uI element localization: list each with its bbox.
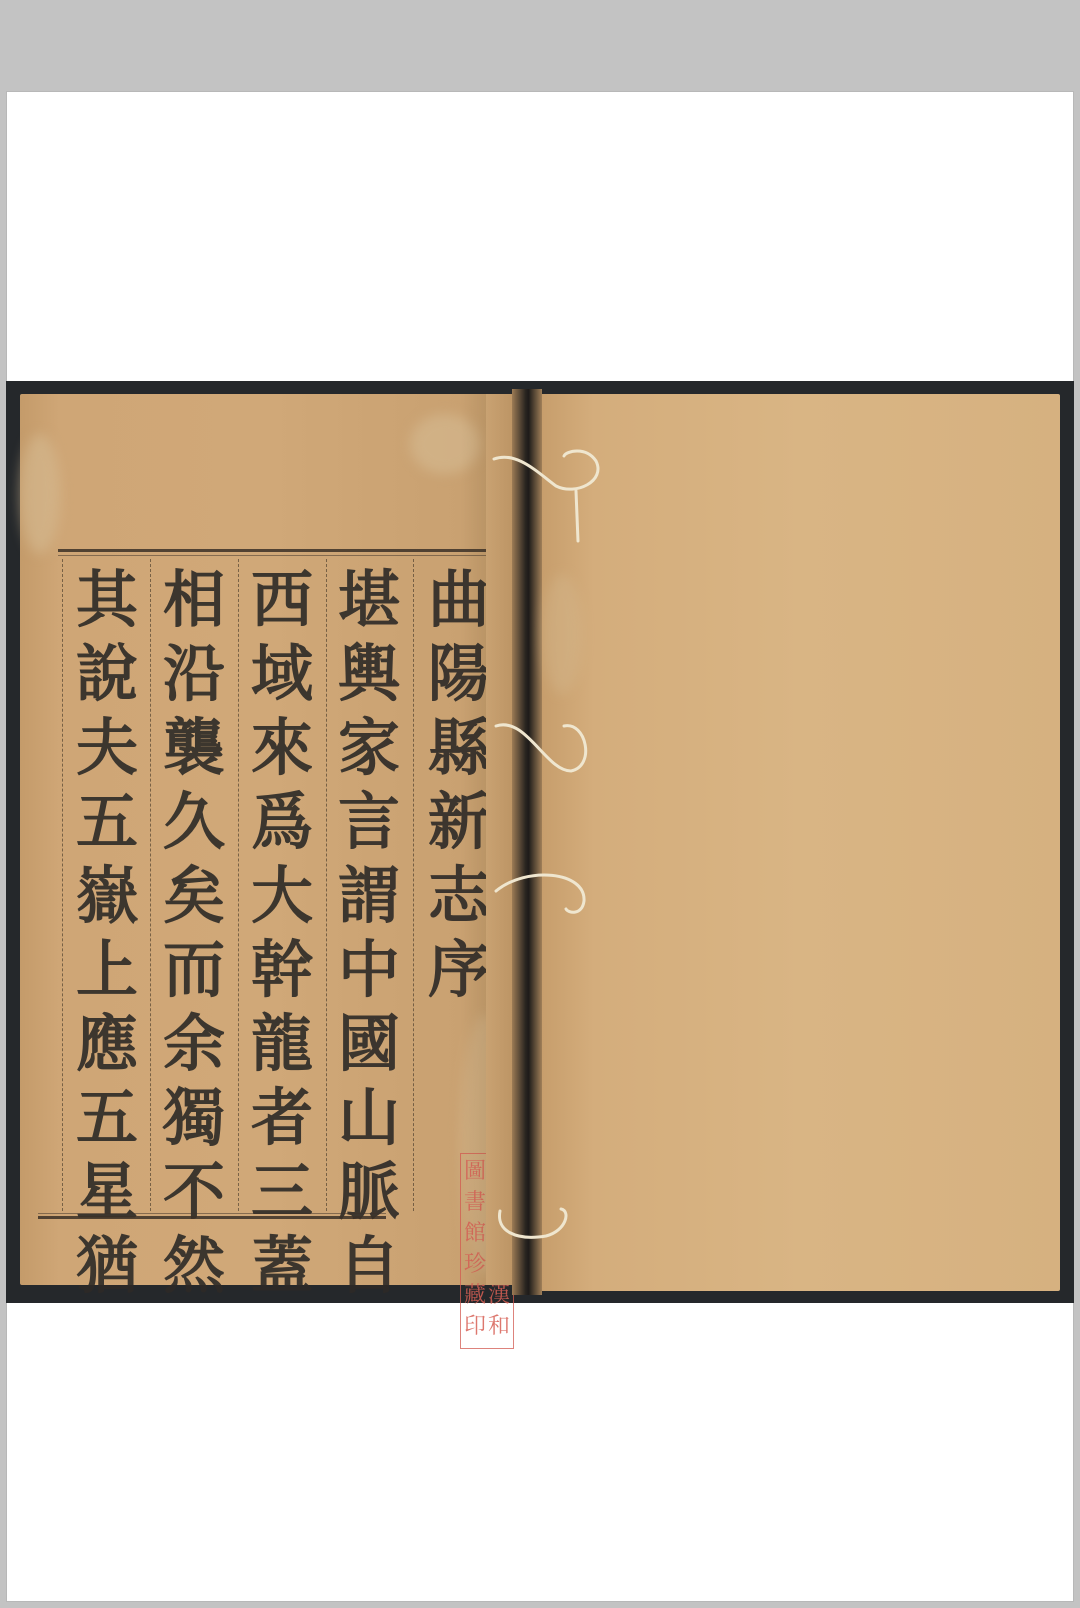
book-scan: 曲 陽 縣 新 志 序 堪 輿 家 言 謂 中 國 山 脈	[6, 381, 1074, 1303]
title-char: 新	[424, 785, 494, 859]
text-char: 矣	[159, 859, 229, 933]
column-divider	[150, 559, 151, 1211]
binding-thread-icon	[486, 441, 606, 1271]
paper-stain	[410, 414, 480, 474]
seal-char: 書	[463, 1187, 487, 1218]
text-column-2: 西 域 來 爲 大 幹 龍 者 三 蓋	[243, 563, 321, 1303]
text-char: 西	[247, 563, 317, 637]
title-char: 序	[424, 933, 494, 1007]
text-char: 大	[247, 859, 317, 933]
column-divider	[238, 559, 239, 1211]
text-char: 謂	[334, 859, 404, 933]
text-column-4: 其 說 夫 五 嶽 上 應 五 星 猶	[68, 563, 146, 1303]
text-char: 夫	[72, 711, 142, 785]
title-char: 曲	[424, 563, 494, 637]
right-page-blank	[542, 394, 1060, 1291]
text-char: 應	[72, 1007, 142, 1081]
text-char: 而	[159, 933, 229, 1007]
text-char: 家	[334, 711, 404, 785]
seal-char: 藏	[463, 1280, 487, 1311]
text-block: 曲 陽 縣 新 志 序 堪 輿 家 言 謂 中 國 山 脈	[58, 549, 506, 1219]
text-char: 余	[159, 1007, 229, 1081]
left-page: 曲 陽 縣 新 志 序 堪 輿 家 言 謂 中 國 山 脈	[20, 394, 512, 1285]
text-char: 嶽	[72, 859, 142, 933]
text-char: 說	[72, 637, 142, 711]
text-char: 猶	[72, 1229, 142, 1303]
text-char: 獨	[159, 1081, 229, 1155]
text-char: 輿	[334, 637, 404, 711]
seal-char: 和	[487, 1311, 511, 1342]
text-char: 久	[159, 785, 229, 859]
text-char: 中	[334, 933, 404, 1007]
title-char: 縣	[424, 711, 494, 785]
column-divider	[62, 559, 63, 1211]
text-char: 蓋	[247, 1229, 317, 1303]
text-char: 五	[72, 1081, 142, 1155]
text-char: 然	[159, 1229, 229, 1303]
text-char: 國	[334, 1007, 404, 1081]
text-char: 五	[72, 785, 142, 859]
text-char: 相	[159, 563, 229, 637]
paper-stain	[20, 434, 60, 554]
text-char: 其	[72, 563, 142, 637]
column-divider	[326, 559, 327, 1211]
text-column-1: 堪 輿 家 言 謂 中 國 山 脈 自	[330, 563, 408, 1303]
seal-column-left: 圖 書 館 珍 藏 印	[463, 1156, 487, 1346]
column-divider	[413, 559, 414, 1211]
top-border-rule	[58, 549, 506, 552]
title-char: 志	[424, 859, 494, 933]
image-viewer-frame: 曲 陽 縣 新 志 序 堪 輿 家 言 謂 中 國 山 脈	[6, 91, 1074, 1602]
title-char: 陽	[424, 637, 494, 711]
text-char: 域	[247, 637, 317, 711]
text-char: 山	[334, 1081, 404, 1155]
seal-char: 圖	[463, 1156, 487, 1187]
text-column-3: 相 沿 襲 久 矣 而 余 獨 不 然	[155, 563, 233, 1303]
text-char: 襲	[159, 711, 229, 785]
text-char: 言	[334, 785, 404, 859]
text-char: 上	[72, 933, 142, 1007]
top-border-rule-thin	[58, 555, 506, 556]
seal-char: 珍	[463, 1249, 487, 1280]
seal-char: 館	[463, 1218, 487, 1249]
text-char: 爲	[247, 785, 317, 859]
bottom-border-rule	[38, 1216, 386, 1219]
text-char: 來	[247, 711, 317, 785]
seal-char: 印	[463, 1311, 487, 1342]
text-char: 沿	[159, 637, 229, 711]
text-char: 自	[334, 1229, 404, 1303]
text-char: 幹	[247, 933, 317, 1007]
text-char: 堪	[334, 563, 404, 637]
bottom-border-rule-thin	[38, 1213, 386, 1214]
text-char: 龍	[247, 1007, 317, 1081]
text-char: 者	[247, 1081, 317, 1155]
